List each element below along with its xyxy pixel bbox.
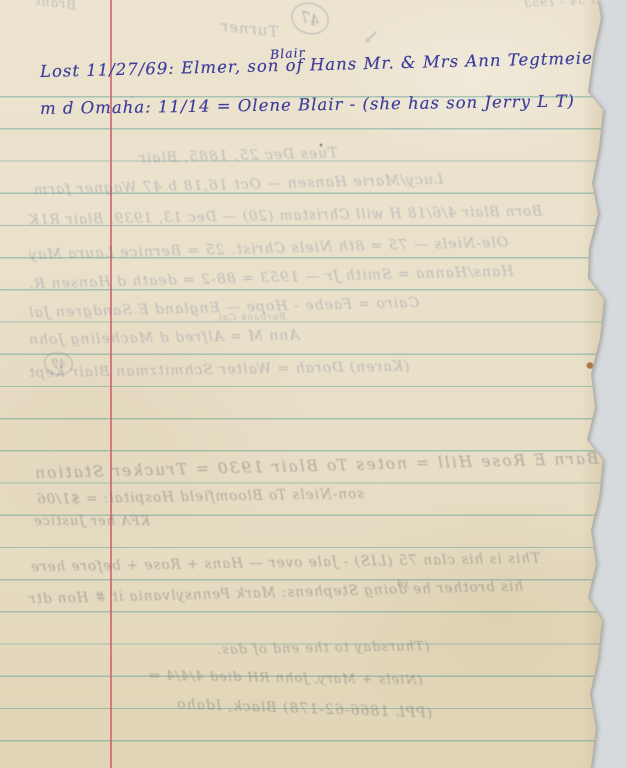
circled-page-number-47-value: 47	[298, 7, 321, 30]
paper-sheet: Lost 11/27/69: Elmer, son of Hans Mr. & …	[0, 0, 607, 768]
ink-note-superscript-blair: Blair	[269, 45, 306, 62]
bleed-text-3: ↘	[362, 24, 380, 48]
stain-spot	[586, 362, 594, 369]
circled-page-number-47: 47	[287, 0, 332, 39]
paper-shadow-wrap: Lost 11/27/69: Elmer, son of Hans Mr. & …	[0, 0, 627, 768]
torn-edge-shading	[581, 0, 607, 768]
ink-note-line1: Lost 11/27/69: Elmer, son of Hans Mr. & …	[40, 46, 627, 81]
scanned-page-background: { "ink_notes": { "line1": "Lost 11/27/69…	[0, 0, 627, 768]
bleed-text-2: Turner	[219, 17, 279, 41]
bleed-text-0: Brant	[33, 0, 77, 14]
pencil-text-2: KFA her Justice	[33, 514, 150, 529]
